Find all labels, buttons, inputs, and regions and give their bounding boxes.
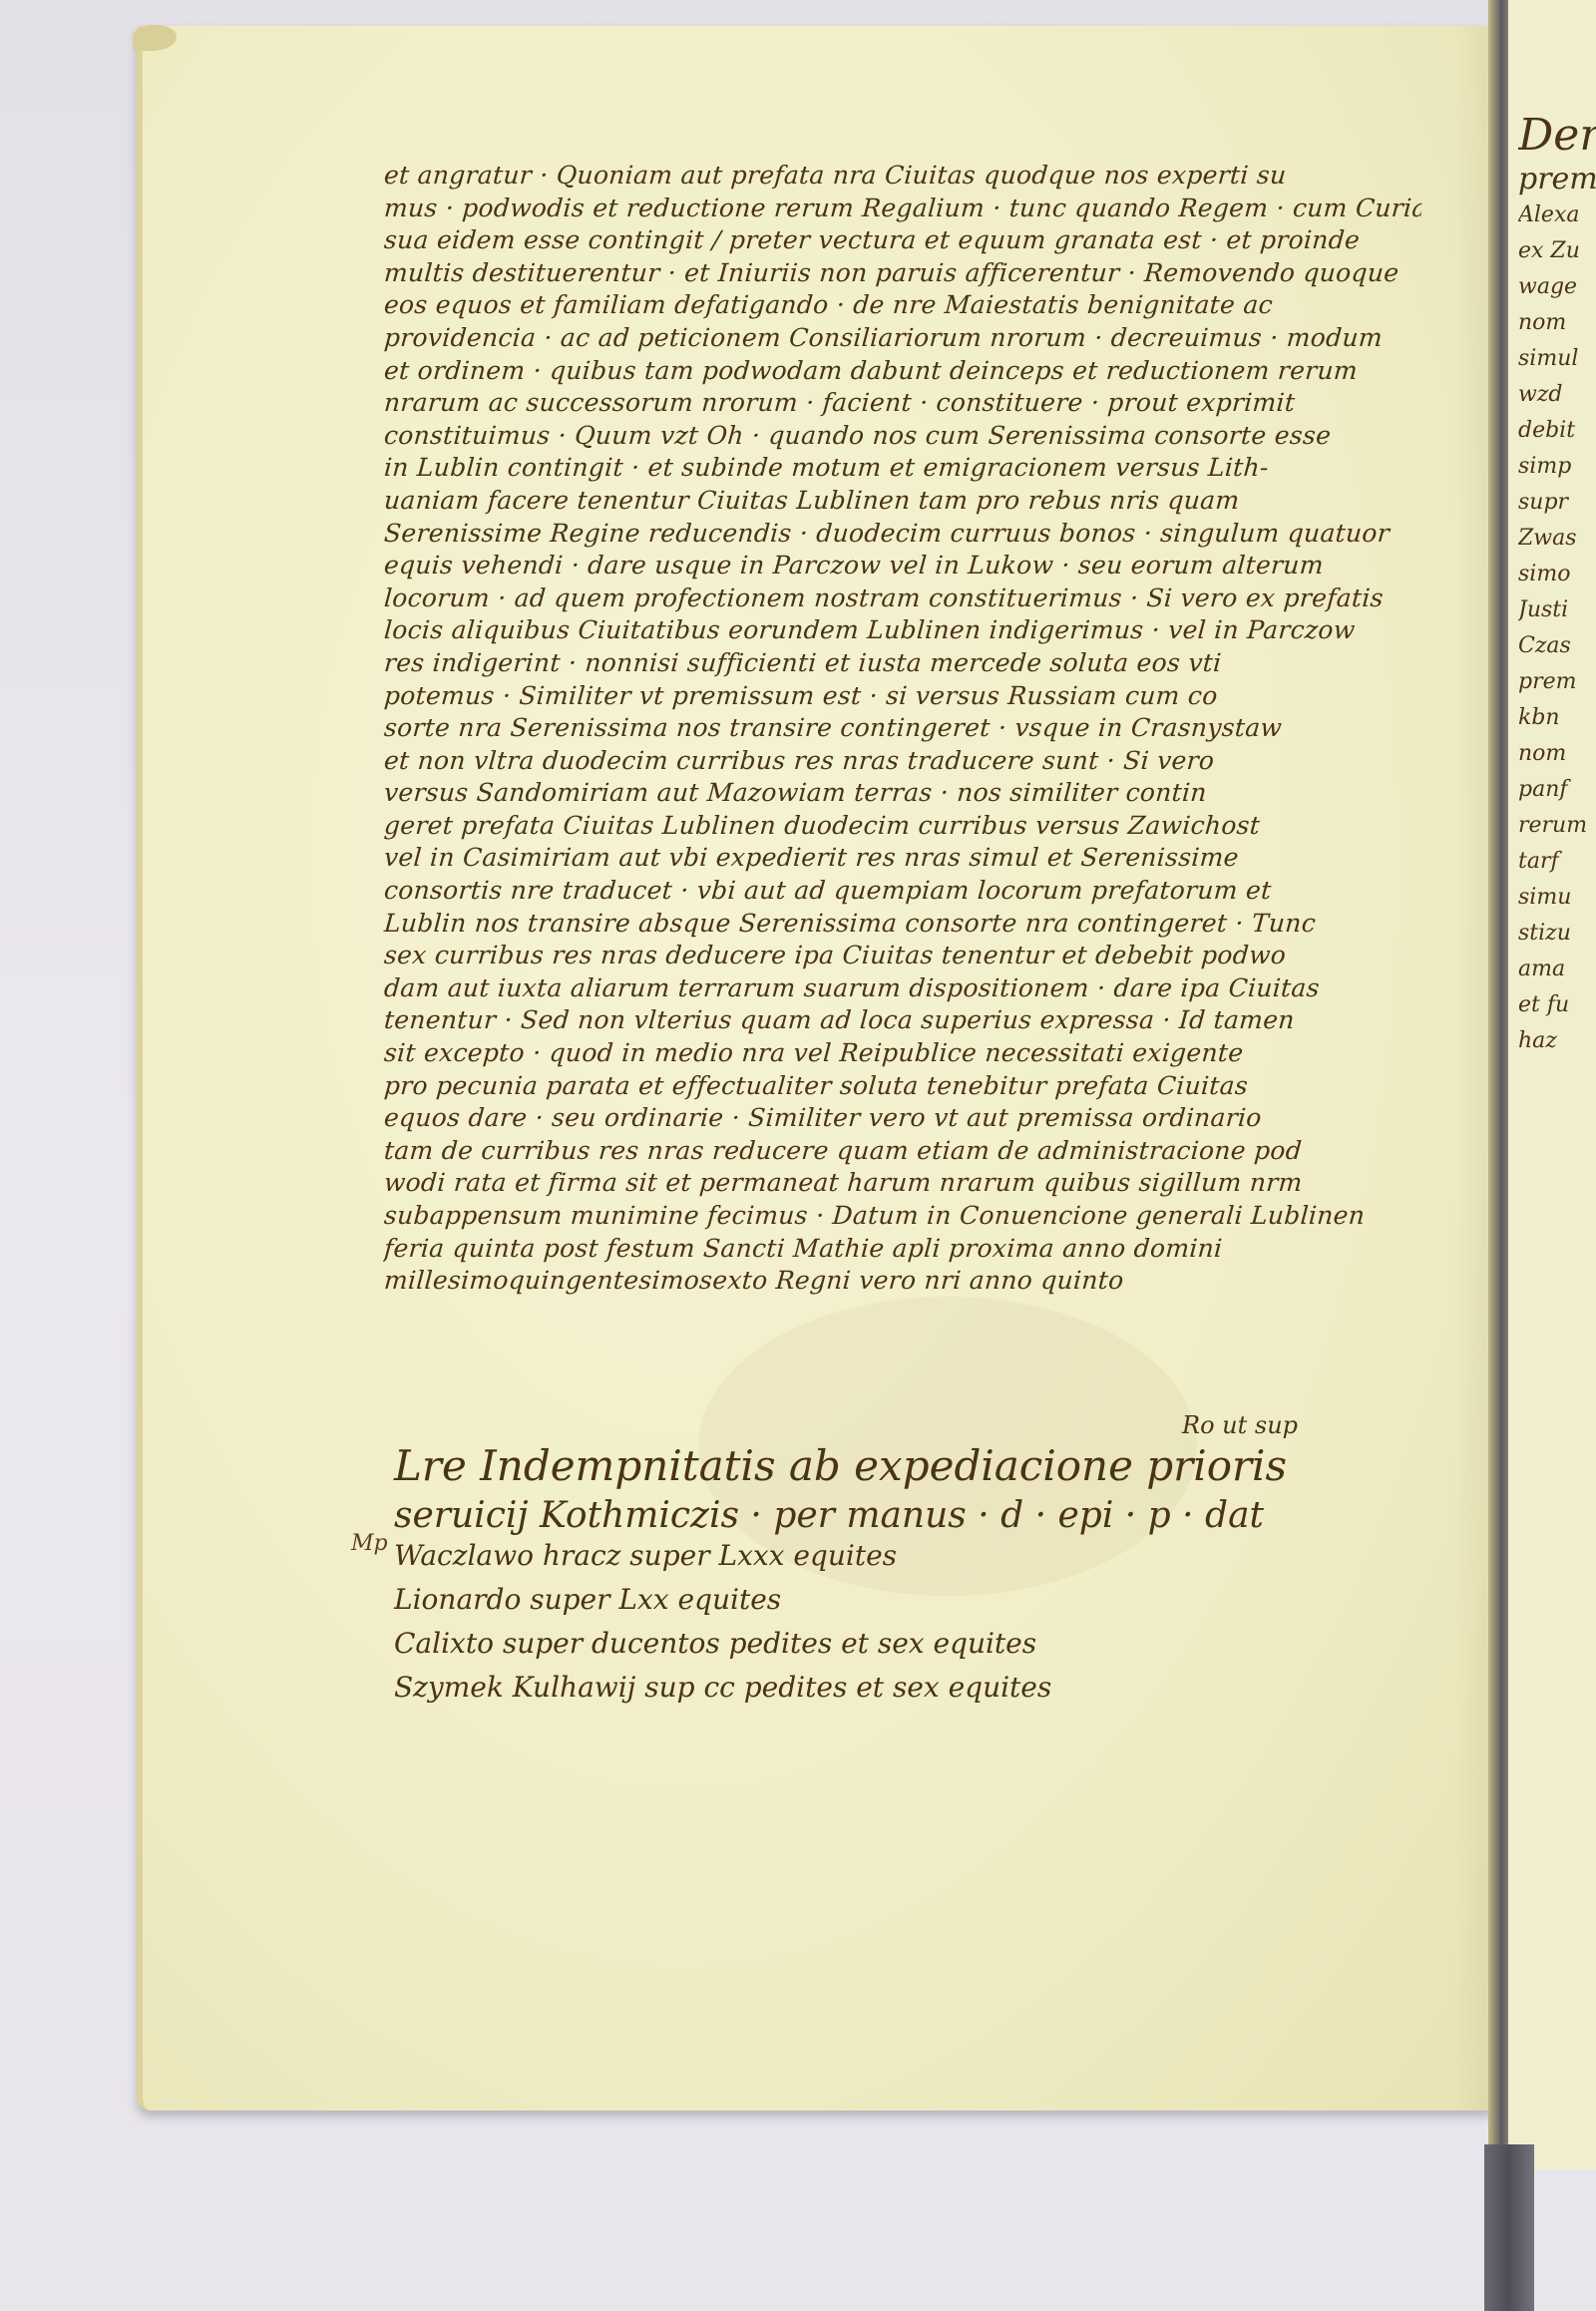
text-line: et non vltra duodecim curribus res nras … (383, 745, 1422, 778)
text-line: debit (1518, 413, 1596, 449)
text-line: simp (1518, 449, 1596, 485)
text-line: et fu (1518, 987, 1596, 1023)
book-gutter (1488, 0, 1510, 2311)
text-line: res indigerint · nonnisi sufficienti et … (383, 647, 1422, 680)
text-line: tarf (1518, 844, 1596, 880)
text-line: wage (1518, 269, 1596, 305)
text-line: versus Sandomiriam aut Mazowiam terras ·… (383, 777, 1422, 810)
text-line: Zwas (1518, 521, 1596, 557)
text-line: multis destituerentur · et Iniuriis non … (383, 257, 1422, 290)
text-line: dam aut iuxta aliarum terrarum suarum di… (383, 972, 1422, 1005)
text-line: constituimus · Quum vzt Oh · quando nos … (383, 420, 1422, 453)
text-line: simo (1518, 557, 1596, 592)
text-line: simul (1518, 341, 1596, 377)
text-line: feria quinta post festum Sancti Mathie a… (383, 1233, 1422, 1266)
text-line: providencia · ac ad peticionem Consiliar… (383, 322, 1422, 355)
text-line: prem (1518, 664, 1596, 700)
text-line: geret prefata Ciuitas Lublinen duodecim … (383, 810, 1422, 843)
signature-note: Ro ut sup (1182, 1411, 1298, 1439)
text-line: Justi (1518, 592, 1596, 628)
text-line: sit excepto · quod in medio nra vel Reip… (383, 1037, 1422, 1070)
text-line: haz (1518, 1023, 1596, 1059)
text-line: sorte nra Serenissima nos transire conti… (383, 712, 1422, 745)
heading-line: Lre Indempnitatis ab expediacione priori… (394, 1441, 1411, 1491)
gutter-shadow (1484, 2144, 1534, 2311)
text-line: wzd (1518, 377, 1596, 413)
entry-heading: Lre Indempnitatis ab expediacione priori… (394, 1441, 1411, 1541)
text-line: potemus · Similiter vt premissum est · s… (383, 680, 1422, 713)
text-line: mus · podwodis et reductione rerum Regal… (383, 193, 1422, 225)
text-line: uaniam facere tenentur Ciuitas Lublinen … (383, 485, 1422, 518)
text-line: et ordinem · quibus tam podwodam dabunt … (383, 355, 1422, 388)
text-line: stizu (1518, 916, 1596, 952)
text-line: ama (1518, 952, 1596, 987)
list-item: Calixto super ducentos pedites et sex eq… (394, 1622, 1051, 1666)
text-line: prem (1518, 162, 1596, 197)
text-line: sua eidem esse contingit / preter vectur… (383, 224, 1422, 257)
list-item: Waczlawo hracz super Lxxx equites (394, 1534, 1051, 1578)
list-item: Lionardo super Lxx equites (394, 1578, 1051, 1622)
text-line: locis aliquibus Ciuitatibus eorundem Lub… (383, 614, 1422, 647)
text-line: Dem (1518, 110, 1596, 162)
text-line: supr (1518, 485, 1596, 521)
text-line: eos equos et familiam defatigando · de n… (383, 289, 1422, 322)
text-line: equos dare · seu ordinarie · Similiter v… (383, 1102, 1422, 1135)
text-line: simu (1518, 880, 1596, 916)
list-item: Szymek Kulhawij sup cc pedites et sex eq… (394, 1666, 1051, 1710)
text-line: et angratur · Quoniam aut prefata nra Ci… (383, 160, 1422, 193)
text-line: tenentur · Sed non vlterius quam ad loca… (383, 1004, 1422, 1037)
text-line: nom (1518, 736, 1596, 772)
cavalry-list: Waczlawo hracz super Lxxx equites Lionar… (394, 1534, 1051, 1710)
text-line: consortis nre traducet · vbi aut ad quem… (383, 875, 1422, 908)
text-line: ex Zu (1518, 233, 1596, 269)
text-line: panf (1518, 772, 1596, 808)
text-line: pro pecunia parata et effectualiter solu… (383, 1070, 1422, 1103)
text-line: Czas (1518, 628, 1596, 664)
text-line: locorum · ad quem profectionem nostram c… (383, 582, 1422, 615)
text-line: Lublin nos transire absque Serenissima c… (383, 908, 1422, 941)
text-line: subappensum munimine fecimus · Datum in … (383, 1200, 1422, 1233)
text-line: sex curribus res nras deducere ipa Ciuit… (383, 940, 1422, 972)
text-line: vel in Casimiriam aut vbi expedierit res… (383, 842, 1422, 875)
text-line: Serenissime Regine reducendis · duodecim… (383, 518, 1422, 551)
text-line: nrarum ac successorum nrorum · facient ·… (383, 387, 1422, 420)
body-text: et angratur · Quoniam aut prefata nra Ci… (384, 160, 1421, 1298)
text-line: equis vehendi · dare usque in Parczow ve… (383, 550, 1422, 582)
text-line: tam de curribus res nras reducere quam e… (383, 1135, 1422, 1168)
text-line: Alexa (1518, 197, 1596, 233)
text-line: millesimoquingentesimosexto Regni vero n… (383, 1265, 1422, 1298)
text-line: kbn (1518, 700, 1596, 736)
margin-annotation: Mp (351, 1531, 388, 1556)
text-line: rerum (1518, 808, 1596, 844)
text-line: nom (1518, 305, 1596, 341)
text-line: in Lublin contingit · et subinde motum e… (383, 452, 1422, 485)
text-line: wodi rata et firma sit et permaneat haru… (383, 1167, 1422, 1200)
right-page-text-fragment: Dem prem Alexa ex Zu wage nom simul wzd … (1518, 110, 1596, 1059)
